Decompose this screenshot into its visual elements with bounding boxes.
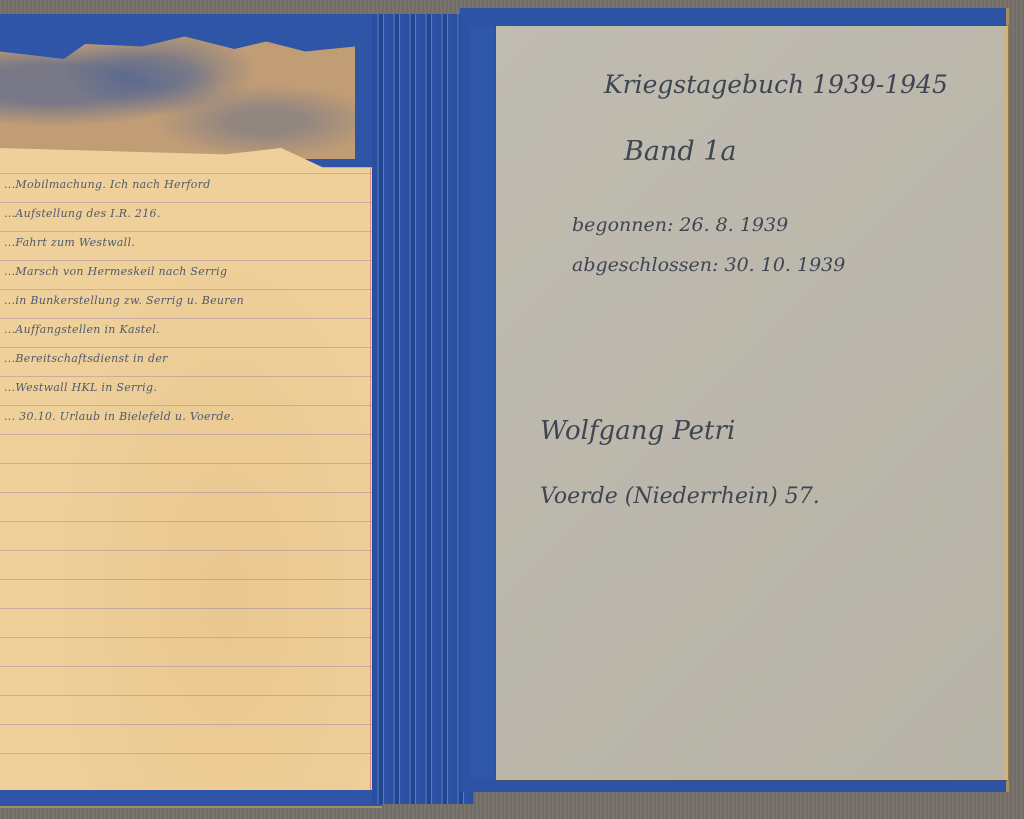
ruled-line bbox=[0, 318, 375, 319]
closed-row: abgeschlossen: 30. 10. 1939 bbox=[572, 254, 845, 276]
cover-inner-strip bbox=[470, 26, 498, 778]
diary-entry-line: ...Auffangstellen in Kastel. bbox=[4, 323, 160, 336]
ruled-line bbox=[0, 347, 375, 348]
margin-line bbox=[370, 148, 371, 790]
diary-entry-line: ...Bereitschaftsdienst in der bbox=[4, 352, 168, 365]
ruled-line bbox=[0, 666, 375, 667]
ruled-line bbox=[0, 550, 375, 551]
closed-date: 30. 10. 1939 bbox=[724, 254, 845, 276]
ruled-line bbox=[0, 695, 375, 696]
ruled-line bbox=[0, 202, 375, 203]
ruled-line bbox=[0, 260, 375, 261]
ruled-line bbox=[0, 521, 375, 522]
ruled-line bbox=[0, 434, 375, 435]
ruled-line bbox=[0, 637, 375, 638]
diary-entry-line: ...Aufstellung des I.R. 216. bbox=[4, 207, 161, 220]
ruled-line bbox=[0, 492, 375, 493]
begun-date: 26. 8. 1939 bbox=[679, 214, 788, 236]
ruled-line bbox=[0, 753, 375, 754]
diary-entry-line: ...Marsch von Hermeskeil nach Serrig bbox=[4, 265, 227, 278]
title-page bbox=[496, 26, 1008, 780]
volume-label: Band 1a bbox=[624, 136, 736, 167]
begun-row: begonnen: 26. 8. 1939 bbox=[572, 214, 788, 236]
ruled-line bbox=[0, 231, 375, 232]
author-place: Voerde (Niederrhein) 57. bbox=[540, 484, 820, 509]
diary-entry-line: ...in Bunkerstellung zw. Serrig u. Beure… bbox=[4, 294, 244, 307]
diary-entry-line: ...Fahrt zum Westwall. bbox=[4, 236, 135, 249]
diary-title: Kriegstagebuch 1939-1945 bbox=[604, 70, 948, 99]
left-diary-page: ...Mobilmachung. Ich nach Herford ...Auf… bbox=[0, 148, 375, 790]
diary-entry-line: ...Westwall HKL in Serrig. bbox=[4, 381, 157, 394]
closed-label: abgeschlossen: bbox=[572, 254, 718, 276]
ruled-line bbox=[0, 608, 375, 609]
ruled-line bbox=[0, 173, 375, 174]
ruled-line bbox=[0, 724, 375, 725]
ruled-line bbox=[0, 405, 375, 406]
ruled-line bbox=[0, 289, 375, 290]
torn-endpaper bbox=[0, 34, 355, 159]
author-name: Wolfgang Petri bbox=[540, 416, 735, 446]
ruled-line bbox=[0, 376, 375, 377]
ruled-line bbox=[0, 463, 375, 464]
diary-entry-line: ...Mobilmachung. Ich nach Herford bbox=[4, 178, 211, 191]
book-spine bbox=[372, 14, 474, 804]
ruled-line bbox=[0, 579, 375, 580]
diary-entry-line: ... 30.10. Urlaub in Bielefeld u. Voerde… bbox=[4, 410, 234, 423]
begun-label: begonnen: bbox=[572, 214, 673, 236]
